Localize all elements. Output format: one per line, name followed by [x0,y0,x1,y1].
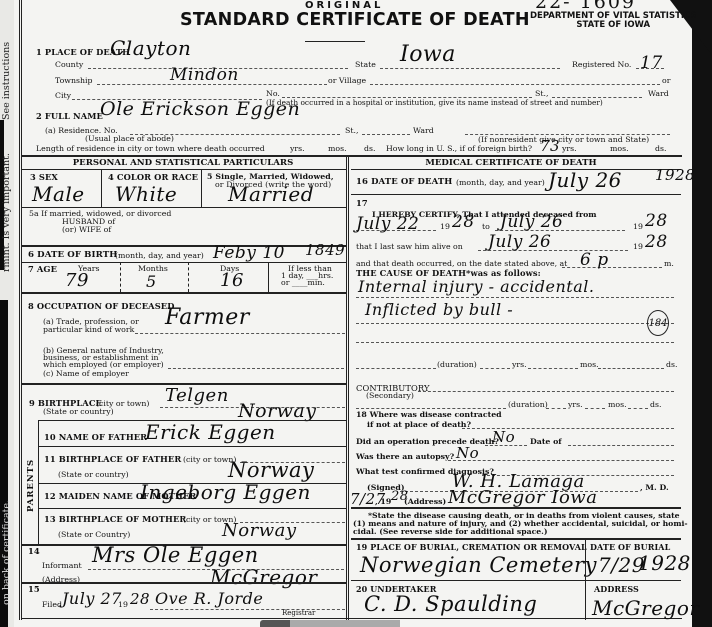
death-time-value: 6 p [580,250,609,270]
md-label: , M. D. [640,483,669,492]
attended-from-year: 28 [452,212,475,232]
father-birthplace-label: 11 BIRTHPLACE OF FATHER [44,454,181,464]
certificate-title: STANDARD CERTIFICATE OF DEATH [180,10,530,30]
main-divider [22,155,682,157]
parents-label: PARENTS [26,452,36,512]
secondary-yrs-line [546,408,566,409]
divider [351,580,681,581]
secondary-mos-line [585,408,605,409]
industry-line [168,368,344,369]
mother-birthplace-value: Norway [222,520,297,541]
undertaker-address-label: ADDRESS [594,584,639,594]
duration-mos-line [528,368,578,369]
ward-label: Ward [648,89,669,98]
last-saw-label: that I last saw him alive on [356,242,463,251]
hospital-note: (If death occurred in a hospital or inst… [266,98,603,107]
age-years-value: 79 [65,270,89,291]
birthplace-city: Telgen [165,385,229,406]
registrar-line [150,609,345,610]
no-label: No. [266,89,280,98]
how-long-value: 73 [540,137,560,155]
informant-label: Informant [42,561,82,570]
margin-instructions-text: See instructions [1,0,12,120]
occupation-label: 8 OCCUPATION OF DECEASED [28,301,175,311]
scan-edge [692,0,712,627]
dod-sub: (month, day, and year) [456,178,545,187]
divider [351,507,681,509]
title-underline [305,41,365,42]
attended-from-prefix: 19 [440,222,450,231]
date-of-label: Date of [530,437,562,446]
registrar-label: Registrar [282,609,315,617]
certify-number: 17 [356,198,368,208]
filed-number: 15 [28,584,40,594]
residence-sub: (Usual place of abode) [85,134,174,143]
undertaker-address-value: McGregor [592,596,699,620]
divider [120,262,121,292]
state-value: Iowa [400,42,456,67]
father-name-value: Erick Eggen [145,420,276,444]
full-name-value: Ole Erickson Eggen [100,98,300,120]
dod-year: 1928 [655,166,695,184]
dob-year: 1849 [305,241,345,259]
age-months-value: 5 [146,272,157,291]
divider [38,508,346,509]
autopsy-value: No [456,444,479,462]
attended-to-prefix: 19 [633,222,643,231]
township-value: Mindon [170,65,239,85]
how-long-ds: ds. [655,144,666,153]
secondary-label: (Secondary) [366,391,414,400]
where-contracted-label-2: if not at place of death? [367,420,471,429]
length-of-residence-label: Length of residence in city or town wher… [36,144,265,153]
divider [201,169,202,207]
secondary-duration-line [356,408,506,409]
operation-date-line [568,445,674,446]
divider [351,194,681,195]
duration-yrs-line [480,368,510,369]
divider [585,538,586,620]
dod-label: 16 DATE OF DEATH [356,177,452,187]
personal-section-title: PERSONAL AND STATISTICAL PARTICULARS [22,158,344,168]
duration-line [356,368,436,369]
informant-number: 14 [28,546,40,556]
nonresident-note: (If nonresident give city or town and St… [478,135,649,144]
how-long-yrs: yrs. [562,144,577,153]
state-line [380,68,560,69]
to-label: to [482,222,490,231]
footnote-line-3: cidal. (See reverse side for additional … [353,527,547,536]
state-line: STATE OF IOWA [530,21,697,30]
how-long-mos: mos. [610,144,629,153]
last-saw-value: July 26 [488,232,551,252]
informant-value: Mrs Ole Eggen [92,543,259,567]
age-days-value: 16 [220,270,244,291]
secondary-duration-label: (duration) [508,400,548,409]
dob-value: Feby 10 [213,243,285,263]
m-label: m. [664,259,674,268]
wife-label: (or) WIFE of [62,225,111,234]
st-label: St., [535,89,548,98]
length-mos: mos. [328,144,347,153]
cause-line-2-value: Inflicted by bull - [365,300,513,319]
dob-sub: (month, day, and year) [115,251,204,260]
county-label: County [55,60,83,69]
length-yrs: yrs. [290,144,305,153]
secondary-ds-line [628,408,648,409]
father-birthplace-value: Norway [228,458,314,482]
race-value: White [115,182,177,206]
signed-year-prefix: , 19 [375,497,391,506]
operation-value: No [492,428,515,446]
trade-value: Farmer [165,305,250,330]
divider [22,207,346,208]
death-certificate: See instructions rmint. Is very importan… [0,0,712,627]
cause-line-1 [356,297,674,298]
full-name-label: 2 FULL NAME [36,111,103,121]
dod-value: July 26 [548,168,622,192]
medical-address-value: McGregor Iowa [448,487,597,508]
burial-year-value: 1928 [638,551,691,575]
contributory-line [418,391,674,392]
birthplace-state-sub: (State or country) [43,407,114,416]
secondary-yrs: yrs. [568,400,583,409]
race-label: 4 COLOR OR RACE [108,172,198,182]
attended-to-year: 28 [645,211,668,231]
scan-artifact [290,620,400,627]
divider [22,292,346,294]
autopsy-line [448,460,674,461]
registered-label: Registered No. [572,60,631,69]
mother-birthplace-state-sub: (State or Country) [58,530,130,539]
dob-label: 6 DATE OF BIRTH [28,250,117,260]
county-value: Clayton [110,36,191,60]
divider [38,446,346,447]
divider [22,262,346,263]
column-divider [346,155,349,625]
trade-label-2: particular kind of work [43,325,134,334]
state-label: State [355,60,376,69]
divider [188,262,189,292]
filed-label: Filed [42,600,62,609]
city-label: City [55,91,71,100]
mother-birthplace-label: 13 BIRTHPLACE OF MOTHER [44,514,186,524]
informant-address-value: McGregor [210,565,317,589]
township-label: Township [55,76,93,85]
secondary-ds: ds. [650,400,661,409]
divider [268,262,269,292]
last-saw-prefix: 19 [633,242,643,251]
residence-st-label: St., [345,126,358,135]
trade-line [135,333,345,334]
margin-back-text: on back of certificate. [1,455,12,605]
divider [351,169,681,170]
filed-year-prefix: 19 [118,600,128,609]
margin-important-text: rmint. Is very important. [1,122,12,272]
cause-line-1-value: Internal injury - accidental. [358,277,594,296]
autopsy-label: Was there an autopsy? [356,452,454,461]
burial-place-value: Norwegian Cemetery [360,553,597,577]
village-line [370,84,660,85]
length-ds: ds. [364,144,375,153]
mother-name-value: Ingeborg Eggen [140,480,311,504]
industry-label-3: which employed (or employer) [43,360,164,369]
circled-code: 184 [647,310,669,336]
death-time-line [562,267,662,268]
department-heading: DEPARTMENT OF VITAL STATISTICS STATE OF … [530,12,697,30]
age-label: 7 AGE [28,264,57,274]
medical-address-label: (Address) [404,497,446,506]
how-long-label: How long in U. S., if of foreign birth? [386,144,532,153]
village-label: or Village [328,76,366,85]
birthplace-country: Norway [238,400,316,422]
undertaker-value: C. D. Spaulding [364,592,537,616]
divider [351,538,681,540]
burial-place-label: 19 PLACE OF BURIAL, CREMATION OR REMOVAL [356,542,587,552]
registrar-signature: Ove R. Jorde [155,589,263,608]
filed-year-value: 28 [130,590,150,608]
sex-label: 3 SEX [30,172,58,182]
bottom-border [22,618,682,619]
registered-value: 17 [640,53,663,73]
medical-section-title: MEDICAL CERTIFICATE OF DEATH [351,158,671,168]
duration-ds-line [598,368,664,369]
attended-from-value: July 22 [356,214,419,234]
divider [22,245,346,247]
cause-line-2 [356,323,674,324]
residence-ward-line [362,134,410,135]
divider [22,582,346,584]
attended-to-value: July 26 [500,212,563,232]
less-than-min: or ____min. [281,278,325,287]
secondary-mos: mos. [608,400,627,409]
sex-value: Male [32,182,85,206]
cause-line-3 [356,342,674,343]
residence-ward-label: Ward [413,126,434,135]
or-label: or [662,76,670,85]
duration-mos: mos. [580,360,599,369]
duration-ds: ds. [666,360,677,369]
marital-value: Married [228,182,314,206]
employer-label: (c) Name of employer [43,369,129,378]
father-name-label: 10 NAME OF FATHER [44,432,147,442]
duration-yrs: yrs. [512,360,527,369]
divider [22,169,346,170]
divider [101,169,102,207]
filed-date-value: July 27 [62,589,122,608]
death-time-label: and that death occurred, on the date sta… [356,259,567,268]
father-birthplace-state-sub: (State or country) [58,470,129,479]
where-contracted-label: 18 Where was disease contracted [356,410,502,419]
last-saw-year: 28 [645,232,668,252]
duration-label: (duration) [437,360,477,369]
